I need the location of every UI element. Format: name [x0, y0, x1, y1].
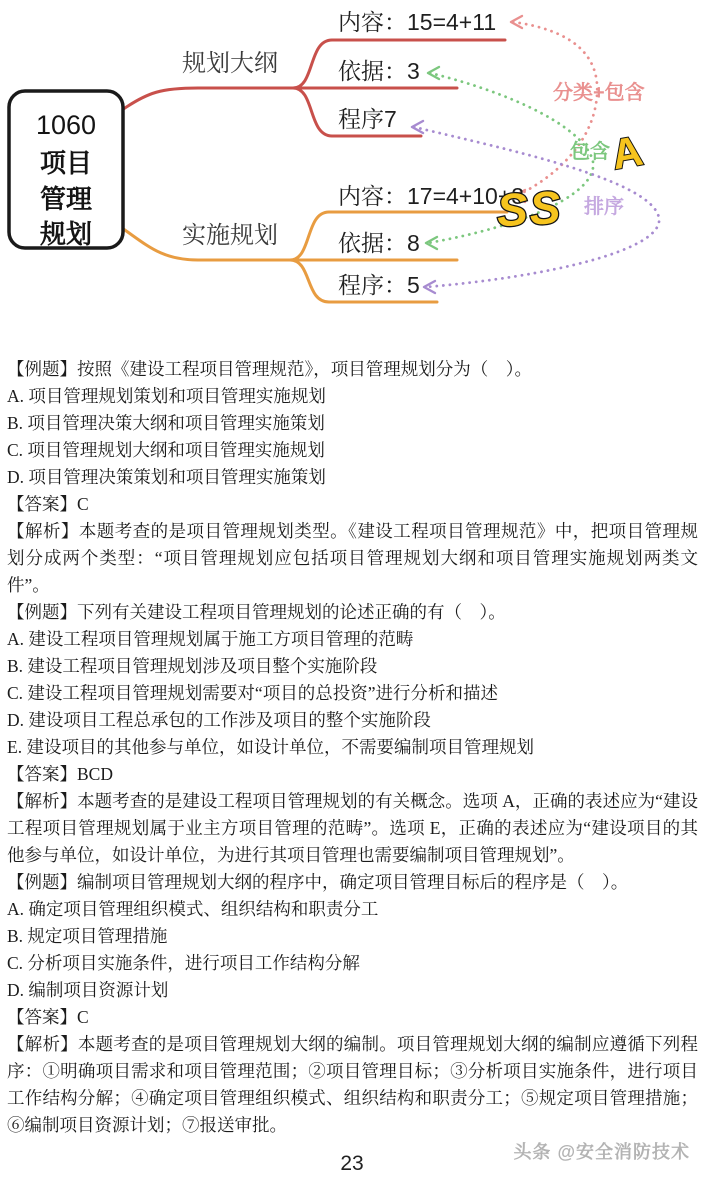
branch2-basis-text: 依据：8: [338, 230, 420, 256]
question2-stem: 【例题】下列有关建设工程项目管理规划的论述正确的有（ ）。: [7, 599, 698, 626]
question3-stem: 【例题】编制项目管理规划大纲的程序中，确定项目管理目标后的程序是（ ）。: [7, 869, 698, 896]
branch2-label: 实施规划: [182, 222, 278, 249]
logo-ss-icon: SS: [496, 181, 564, 236]
relation-arrowheads: [412, 16, 525, 293]
annotation-inclusion-label: 包含: [570, 139, 610, 163]
branch1-main-line: [122, 88, 293, 110]
purple-arrow-top-icon: [412, 121, 423, 133]
question2-option-e: E. 建设项目的其他参与单位，如设计单位，不需要编制项目管理规划: [7, 734, 698, 761]
questions-section: 【例题】按照《建设工程项目管理规范》，项目管理规划分为（ ）。 A. 项目管理规…: [0, 348, 704, 1139]
root-node-word2: 管理: [40, 184, 93, 214]
question2-option-b: B. 建设工程项目管理规划涉及项目整个实施阶段: [7, 653, 698, 680]
green-arrow-top-icon: [428, 67, 439, 79]
question1-option-a: A. 项目管理规划策划和项目管理实施规划: [7, 383, 698, 410]
watermark: 头条 @安全消防技术: [513, 1138, 690, 1164]
question1-stem: 【例题】按照《建设工程项目管理规范》，项目管理规划分为（ ）。: [7, 356, 698, 383]
question2-analysis: 【解析】本题考查的是建设工程项目管理规划的有关概念。选项 A，正确的表述应为“建…: [7, 788, 698, 869]
branch1-content-text: 内容：15=4+11: [338, 9, 496, 35]
annotation-classification-label: 分类+包含: [553, 80, 645, 104]
question1-option-c: C. 项目管理规划大纲和项目管理实施规划: [7, 437, 698, 464]
question1-option-d: D. 项目管理决策策划和项目管理实施策划: [7, 464, 698, 491]
branch1-lines: [122, 40, 505, 136]
question2-option-d: D. 建设项目工程总承包的工作涉及项目的整个实施阶段: [7, 707, 698, 734]
question3-analysis: 【解析】本题考查的是项目管理规划大纲的编制。项目管理规划大纲的编制应遵循下列程序…: [7, 1031, 698, 1139]
question1-option-b: B. 项目管理决策大纲和项目管理实施策划: [7, 410, 698, 437]
question3-option-d: D. 编制项目资源计划: [7, 977, 698, 1004]
question3-option-b: B. 规定项目管理措施: [7, 923, 698, 950]
relation-curve-classification: [513, 22, 597, 196]
question3-option-a: A. 确定项目管理组织模式、组织结构和职责分工: [7, 896, 698, 923]
branch2-procedure-text: 程序：5: [338, 272, 420, 298]
question1-analysis: 【解析】本题考查的是项目管理规划类型。《建设工程项目管理规范》中，把项目管理规划…: [7, 518, 698, 599]
question3-answer: 【答案】C: [7, 1004, 698, 1031]
annotation-ordering-label: 排序: [584, 194, 624, 218]
root-node-word1: 项目: [40, 148, 92, 178]
document-page: 1060 项目 管理 规划 规划大纲 实施规划 内容：15=4+11 依据：3 …: [0, 0, 704, 1184]
question2-answer: 【答案】BCD: [7, 761, 698, 788]
question3-option-c: C. 分析项目实施条件，进行项目工作结构分解: [7, 950, 698, 977]
mindmap-diagram: 1060 项目 管理 规划 规划大纲 实施规划 内容：15=4+11 依据：3 …: [0, 0, 704, 348]
root-node-code: 1060: [36, 110, 96, 140]
branch1-label: 规划大纲: [182, 50, 278, 77]
branch1-basis-text: 依据：3: [338, 58, 420, 84]
root-node-word3: 规划: [40, 219, 92, 249]
question2-option-c: C. 建设工程项目管理规划需要对“项目的总投资”进行分析和描述: [7, 680, 698, 707]
question1-answer: 【答案】C: [7, 491, 698, 518]
logo-a-icon: A: [608, 127, 646, 179]
branch2-lines: [122, 212, 507, 302]
question2-option-a: A. 建设工程项目管理规划属于施工方项目管理的范畴: [7, 626, 698, 653]
branch1-procedure-text: 程序7: [338, 106, 397, 132]
